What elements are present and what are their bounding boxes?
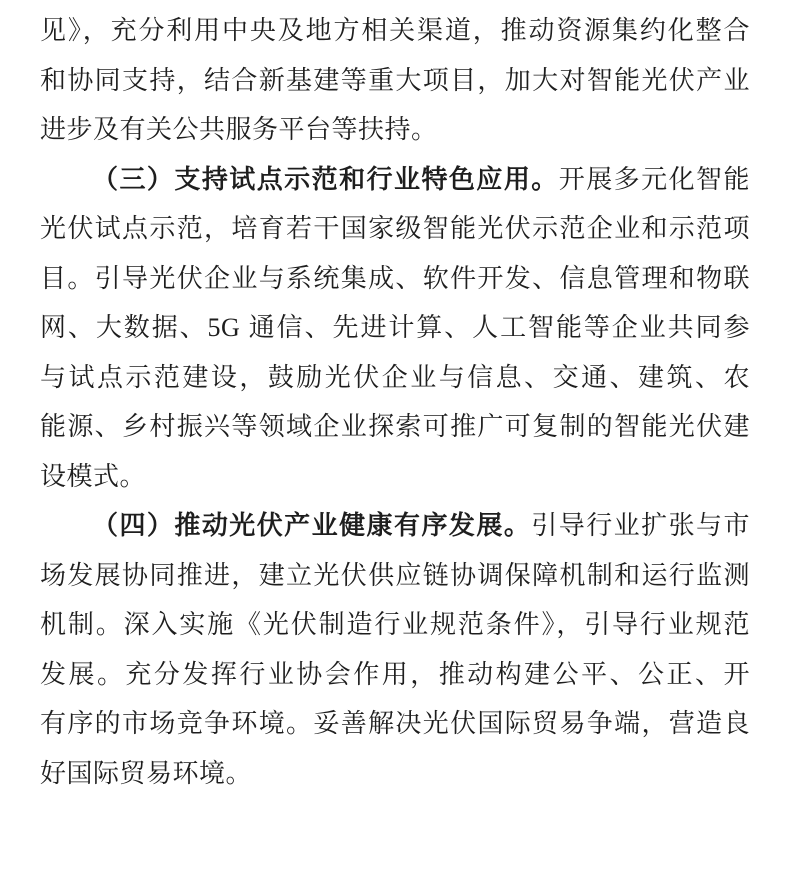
text-line: 和协同支持，结合新基建等重大项目，加大对智能光伏产业: [40, 56, 750, 106]
body-text: 能源、乡村振兴等领域企业探索可推广可复制的智能光伏建: [40, 412, 750, 441]
text-line: 与试点示范建设，鼓励光伏企业与信息、交通、建筑、农业、: [40, 353, 750, 403]
body-text: 好国际贸易环境。: [40, 759, 252, 788]
body-text: 见》，充分利用中央及地方相关渠道，推动资源集约化整合: [40, 16, 750, 45]
body-text: 和协同支持，结合新基建等重大项目，加大对智能光伏产业: [40, 66, 750, 95]
body-text: 与试点示范建设，鼓励光伏企业与信息、交通、建筑、农业、: [40, 363, 750, 403]
text-line: 目。引导光伏企业与系统集成、软件开发、信息管理和物联: [40, 254, 750, 304]
text-line: 进步及有关公共服务平台等扶持。: [40, 105, 750, 155]
text-line: 好国际贸易环境。: [40, 749, 750, 799]
text-line: 有序的市场竞争环境。妥善解决光伏国际贸易争端，营造良: [40, 699, 750, 749]
body-text: 网、大数据、5G 通信、先进计算、人工智能等企业共同参: [40, 313, 750, 342]
text-line: 机制。深入实施《光伏制造行业规范条件》，引导行业规范: [40, 600, 750, 650]
document-page: 见》，充分利用中央及地方相关渠道，推动资源集约化整合和协同支持，结合新基建等重大…: [0, 0, 789, 876]
text-line: 光伏试点示范，培育若干国家级智能光伏示范企业和示范项: [40, 204, 750, 254]
body-text: 引导行业扩张与市: [531, 511, 750, 540]
section-heading: （三）支持试点示范和行业特色应用。: [92, 165, 559, 194]
text-line: 见》，充分利用中央及地方相关渠道，推动资源集约化整合: [40, 6, 750, 56]
body-text: 光伏试点示范，培育若干国家级智能光伏示范企业和示范项: [40, 214, 750, 243]
text-line: （三）支持试点示范和行业特色应用。开展多元化智能: [40, 155, 750, 205]
text-line: 发展。充分发挥行业协会作用，推动构建公平、公正、开放、: [40, 650, 750, 700]
text-line: 设模式。: [40, 452, 750, 502]
body-text: 进步及有关公共服务平台等扶持。: [40, 115, 438, 144]
text-line: 场发展协同推进，建立光伏供应链协调保障机制和运行监测: [40, 551, 750, 601]
body-text: 有序的市场竞争环境。妥善解决光伏国际贸易争端，营造良: [40, 709, 750, 738]
body-text: 发展。充分发挥行业协会作用，推动构建公平、公正、开放、: [40, 660, 750, 700]
body-text: 开展多元化智能: [559, 165, 750, 194]
document-body: 见》，充分利用中央及地方相关渠道，推动资源集约化整合和协同支持，结合新基建等重大…: [40, 6, 750, 798]
body-text: 设模式。: [40, 462, 146, 491]
text-line: （四）推动光伏产业健康有序发展。引导行业扩张与市: [40, 501, 750, 551]
text-line: 能源、乡村振兴等领域企业探索可推广可复制的智能光伏建: [40, 402, 750, 452]
body-text: 目。引导光伏企业与系统集成、软件开发、信息管理和物联: [40, 264, 750, 293]
section-heading: （四）推动光伏产业健康有序发展。: [92, 511, 531, 540]
body-text: 场发展协同推进，建立光伏供应链协调保障机制和运行监测: [40, 561, 750, 590]
body-text: 机制。深入实施《光伏制造行业规范条件》，引导行业规范: [40, 610, 750, 639]
text-line: 网、大数据、5G 通信、先进计算、人工智能等企业共同参: [40, 303, 750, 353]
